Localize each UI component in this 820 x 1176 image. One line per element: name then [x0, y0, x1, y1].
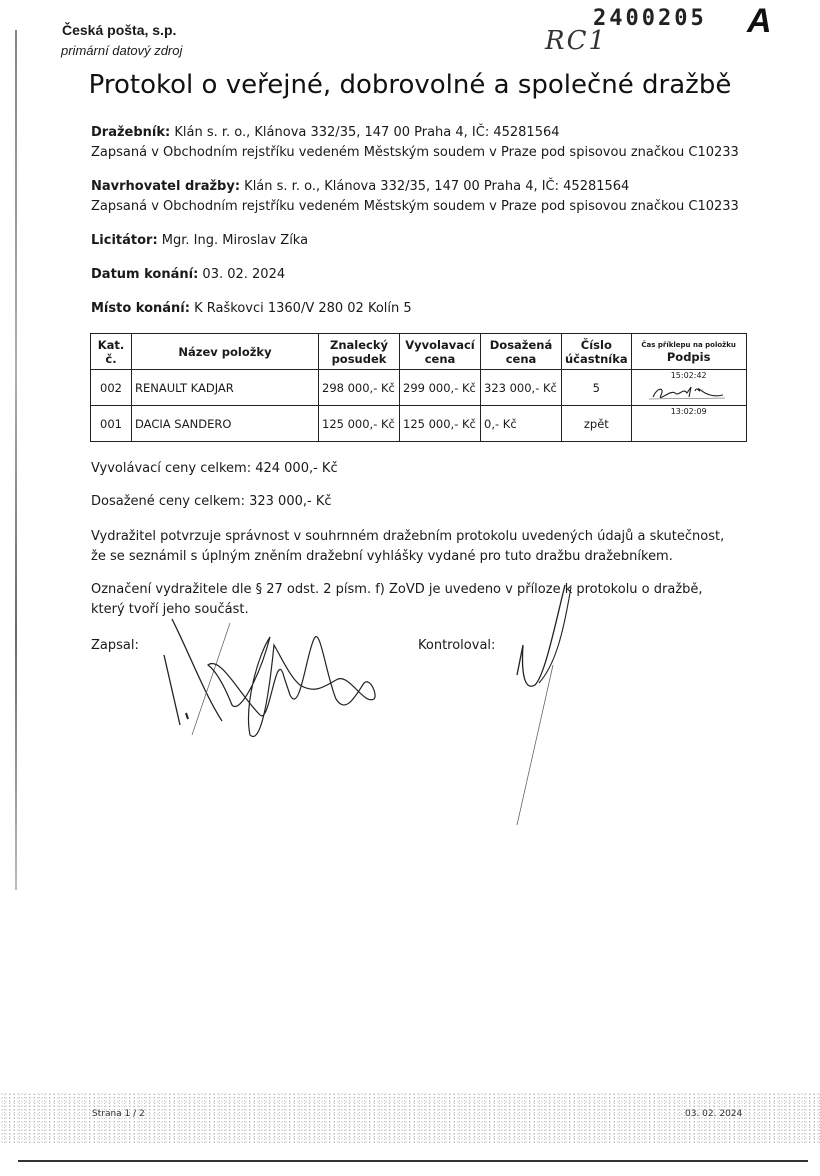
header-cat-no: Kat. č.: [91, 334, 132, 370]
auctioneer-value: Klán s. r. o., Klánova 332/35, 147 00 Pr…: [174, 125, 559, 140]
cell-signature: 13:02:09: [631, 406, 746, 442]
table-row: 001 DACIA SANDERO 125 000,- Kč 125 000,-…: [91, 406, 747, 442]
hammer-time: 15:02:42: [635, 371, 743, 381]
place-label: Místo konání:: [91, 301, 190, 316]
issuer-name: Česká pošta, s.p.: [62, 22, 176, 38]
date-label: Datum konání:: [91, 267, 198, 282]
cell-participant: zpět: [562, 406, 632, 442]
date-line: Datum konání: 03. 02. 2024: [91, 265, 791, 285]
starting-total: Vyvolávací ceny celkem: 424 000,- Kč: [91, 461, 338, 476]
cell-signature: 15:02:42: [631, 370, 746, 406]
header-expert-line1: Znalecký: [330, 338, 388, 352]
footer-rule: [18, 1160, 808, 1162]
header-participant-line2: účastníka: [565, 352, 628, 366]
hammer-time: 13:02:09: [635, 407, 743, 417]
proposer-value: Klán s. r. o., Klánova 332/35, 147 00 Pr…: [244, 179, 629, 194]
document-letter: A: [747, 2, 772, 41]
document-title: Protokol o veřejné, dobrovolné a společn…: [0, 70, 820, 100]
header-signature-label: Podpis: [667, 350, 711, 364]
footer-date: 03. 02. 2024: [685, 1109, 742, 1119]
header-achieved-line1: Dosažená: [490, 338, 553, 352]
proposer-label: Navrhovatel dražby:: [91, 179, 240, 194]
proposer-registry: Zapsaná v Obchodním rejstříku vedeném Mě…: [91, 197, 791, 217]
header-expert-valuation: Znaleckýposudek: [319, 334, 400, 370]
place-value: K Raškovci 1360/V 280 02 Kolín 5: [194, 301, 412, 316]
cell-cat-no: 002: [91, 370, 132, 406]
signature-scribble-icon: [635, 381, 743, 403]
cell-cat-no: 001: [91, 406, 132, 442]
header-achieved-price: Dosaženácena: [481, 334, 562, 370]
scan-edge-line: [15, 30, 17, 890]
checked-by-label: Kontroloval:: [418, 638, 495, 653]
designation-paragraph: Označení vydražitele dle § 27 odst. 2 pí…: [91, 580, 731, 620]
cell-starting: 299 000,- Kč: [400, 370, 481, 406]
auctioneer-registry: Zapsaná v Obchodním rejstříku vedeném Mě…: [91, 143, 791, 163]
place-line: Místo konání: K Raškovci 1360/V 280 02 K…: [91, 299, 791, 319]
header-starting-line2: cena: [425, 352, 456, 366]
header-item-name: Název položky: [132, 334, 319, 370]
recorded-by-label: Zapsal:: [91, 638, 139, 653]
header-signature: Čas příklepu na položkuPodpis: [631, 334, 746, 370]
cell-expert: 298 000,- Kč: [319, 370, 400, 406]
licitator-line: Licitátor: Mgr. Ing. Miroslav Zíka: [91, 231, 791, 251]
cell-achieved: 0,- Kč: [481, 406, 562, 442]
table-header-row: Kat. č. Název položky Znaleckýposudek Vy…: [91, 334, 747, 370]
confirmation-paragraph: Vydražitel potvrzuje správnost v souhrnn…: [91, 527, 731, 567]
achieved-total: Dosažené ceny celkem: 323 000,- Kč: [91, 494, 332, 509]
cell-starting: 125 000,- Kč: [400, 406, 481, 442]
cell-expert: 125 000,- Kč: [319, 406, 400, 442]
handwritten-mark: RC1: [545, 26, 607, 56]
page-indicator: Strana 1 / 2: [92, 1109, 145, 1119]
header-expert-line2: posudek: [332, 352, 387, 366]
licitator-value: Mgr. Ing. Miroslav Zíka: [162, 233, 308, 248]
cell-item-name: DACIA SANDERO: [132, 406, 319, 442]
auction-items-table: Kat. č. Název položky Znaleckýposudek Vy…: [90, 333, 747, 442]
auctioneer-block: Dražebník: Klán s. r. o., Klánova 332/35…: [91, 123, 791, 163]
header-starting-line1: Vyvolavací: [405, 338, 475, 352]
document-number: 2400205: [593, 6, 707, 31]
cell-item-name: RENAULT KADJAR: [132, 370, 319, 406]
auctioneer-label: Dražebník:: [91, 125, 170, 140]
table-row: 002 RENAULT KADJAR 298 000,- Kč 299 000,…: [91, 370, 747, 406]
licitator-label: Licitátor:: [91, 233, 158, 248]
cell-participant: 5: [562, 370, 632, 406]
recorder-signature-icon: [150, 615, 390, 755]
header-signature-small: Čas příklepu na položku: [635, 340, 743, 350]
checker-signature-icon: [495, 585, 585, 835]
header-starting-price: Vyvolavacícena: [400, 334, 481, 370]
issuer-note: primární datový zdroj: [61, 43, 182, 58]
header-participant-line1: Číslo: [581, 338, 612, 352]
header-achieved-line2: cena: [506, 352, 537, 366]
header-participant-no: Čísloúčastníka: [562, 334, 632, 370]
cell-achieved: 323 000,- Kč: [481, 370, 562, 406]
date-value: 03. 02. 2024: [202, 267, 285, 282]
proposer-block: Navrhovatel dražby: Klán s. r. o., Kláno…: [91, 177, 791, 217]
